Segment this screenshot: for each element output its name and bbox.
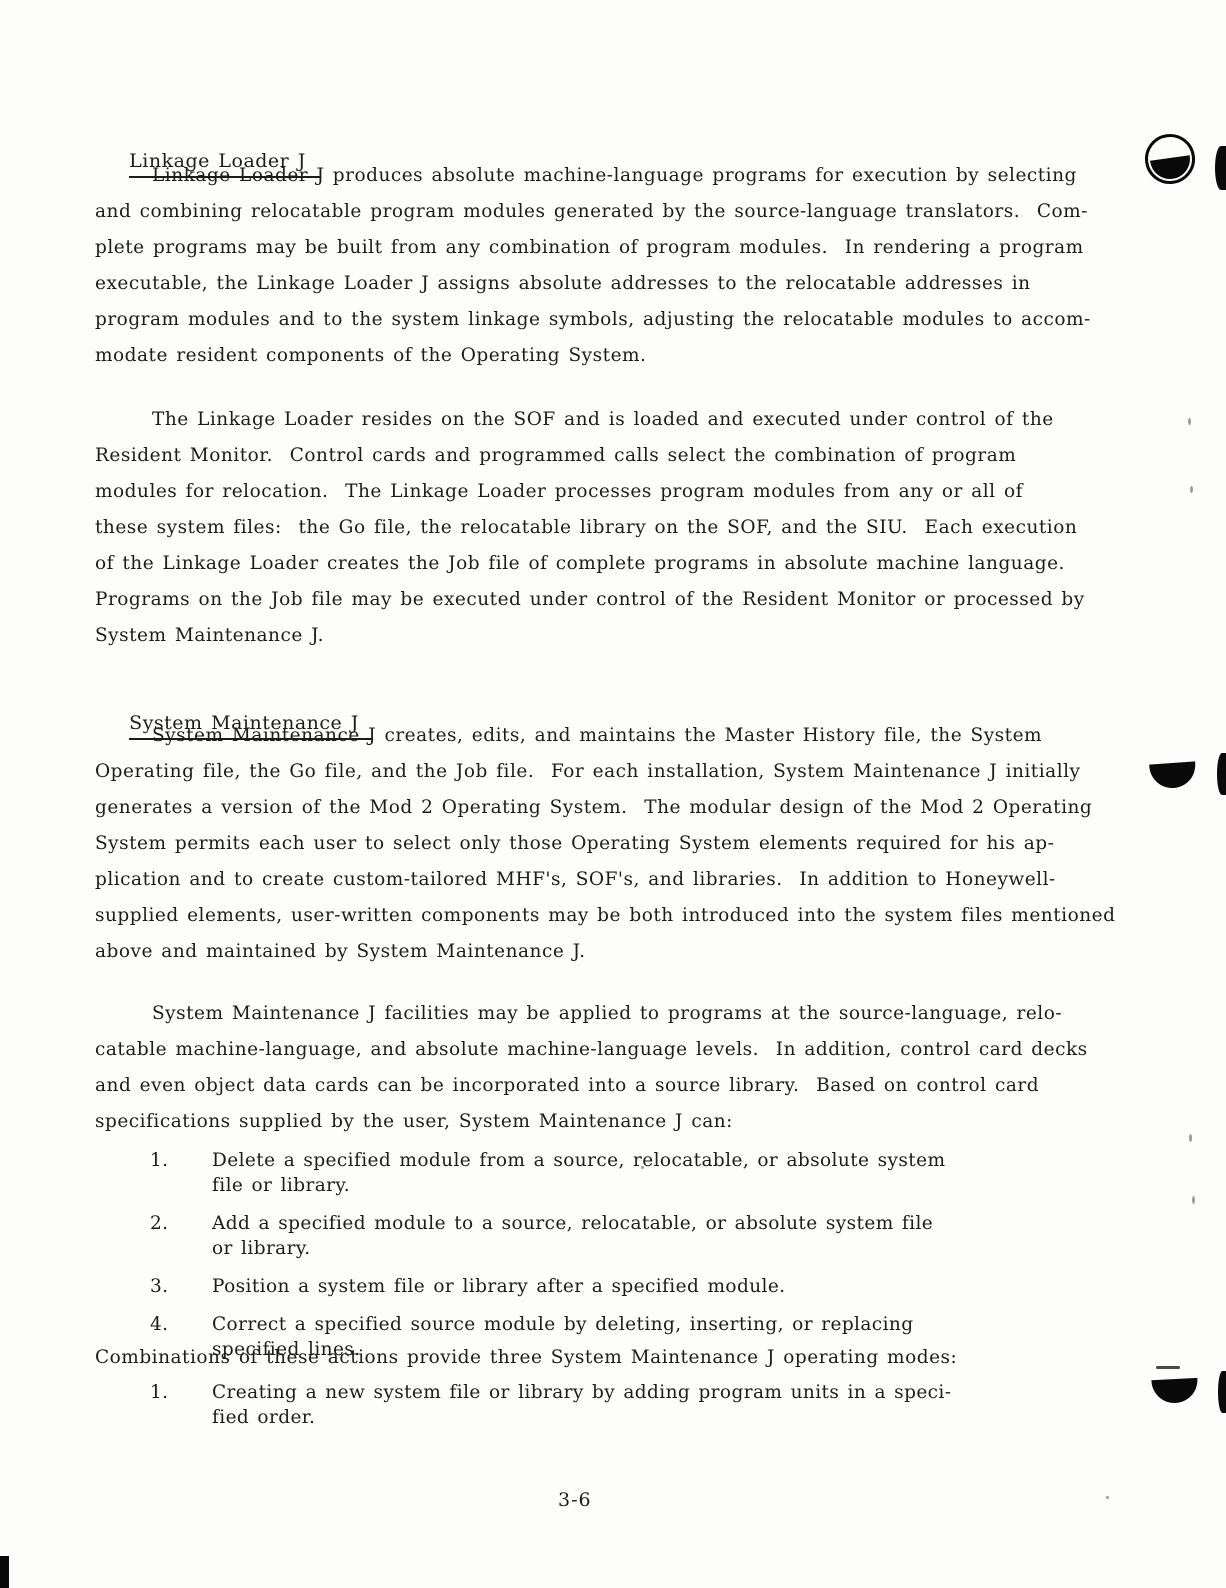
- list-item: 1. Creating a new system file or library…: [150, 1380, 1090, 1430]
- paragraph-combinations: Combinations of these actions provide th…: [95, 1340, 957, 1376]
- list-item-number: 2.: [150, 1211, 212, 1261]
- paragraph-linkage-loader-2: The Linkage Loader resides on the SOF an…: [95, 402, 1085, 654]
- list-item-text: Position a system file or library after …: [212, 1274, 1090, 1299]
- ink-half-moon-mark-bottom: [1151, 1378, 1198, 1404]
- scan-speck: [641, 1166, 644, 1169]
- scan-speck: [1192, 1196, 1195, 1204]
- ink-half-moon-mark-middle: [1149, 761, 1197, 789]
- page-number: 3-6: [558, 1489, 592, 1511]
- list-item: 3. Position a system file or library aft…: [150, 1274, 1090, 1299]
- scan-speck: [1188, 418, 1191, 425]
- scan-speck: [1190, 486, 1193, 493]
- list-item-number: 1.: [150, 1380, 212, 1430]
- punch-hole-fill: [1150, 155, 1193, 181]
- corner-ink-mark: [0, 1556, 9, 1588]
- paragraph-system-maintenance-2: System Maintenance J facilities may be a…: [95, 996, 1088, 1140]
- paragraph-linkage-loader-1: Linkage Loader J produces absolute machi…: [95, 158, 1091, 374]
- list-item: 2. Add a specified module to a source, r…: [150, 1211, 1090, 1261]
- ink-dash-mark: [1156, 1366, 1180, 1369]
- list-item-text: Creating a new system file or library by…: [212, 1380, 1090, 1430]
- list-item-number: 3.: [150, 1274, 212, 1299]
- list-item-text: Add a specified module to a source, relo…: [212, 1211, 1090, 1261]
- edge-ink-mark-middle: [1217, 753, 1226, 795]
- edge-ink-mark-top: [1215, 146, 1226, 190]
- punch-hole-ring-mark: [1142, 131, 1198, 187]
- list-item-number: 1.: [150, 1148, 212, 1198]
- edge-ink-mark-bottom: [1218, 1371, 1226, 1413]
- scan-speck: [1189, 1134, 1192, 1142]
- paragraph-system-maintenance-1: System Maintenance J creates, edits, and…: [95, 718, 1115, 970]
- list-item-text: Delete a specified module from a source,…: [212, 1148, 1090, 1198]
- scan-speck: [1106, 1496, 1109, 1499]
- operating-modes-list: 1. Creating a new system file or library…: [150, 1380, 1090, 1443]
- list-item: 1. Delete a specified module from a sour…: [150, 1148, 1090, 1198]
- document-page: Linkage Loader J Linkage Loader J produc…: [0, 0, 1226, 1588]
